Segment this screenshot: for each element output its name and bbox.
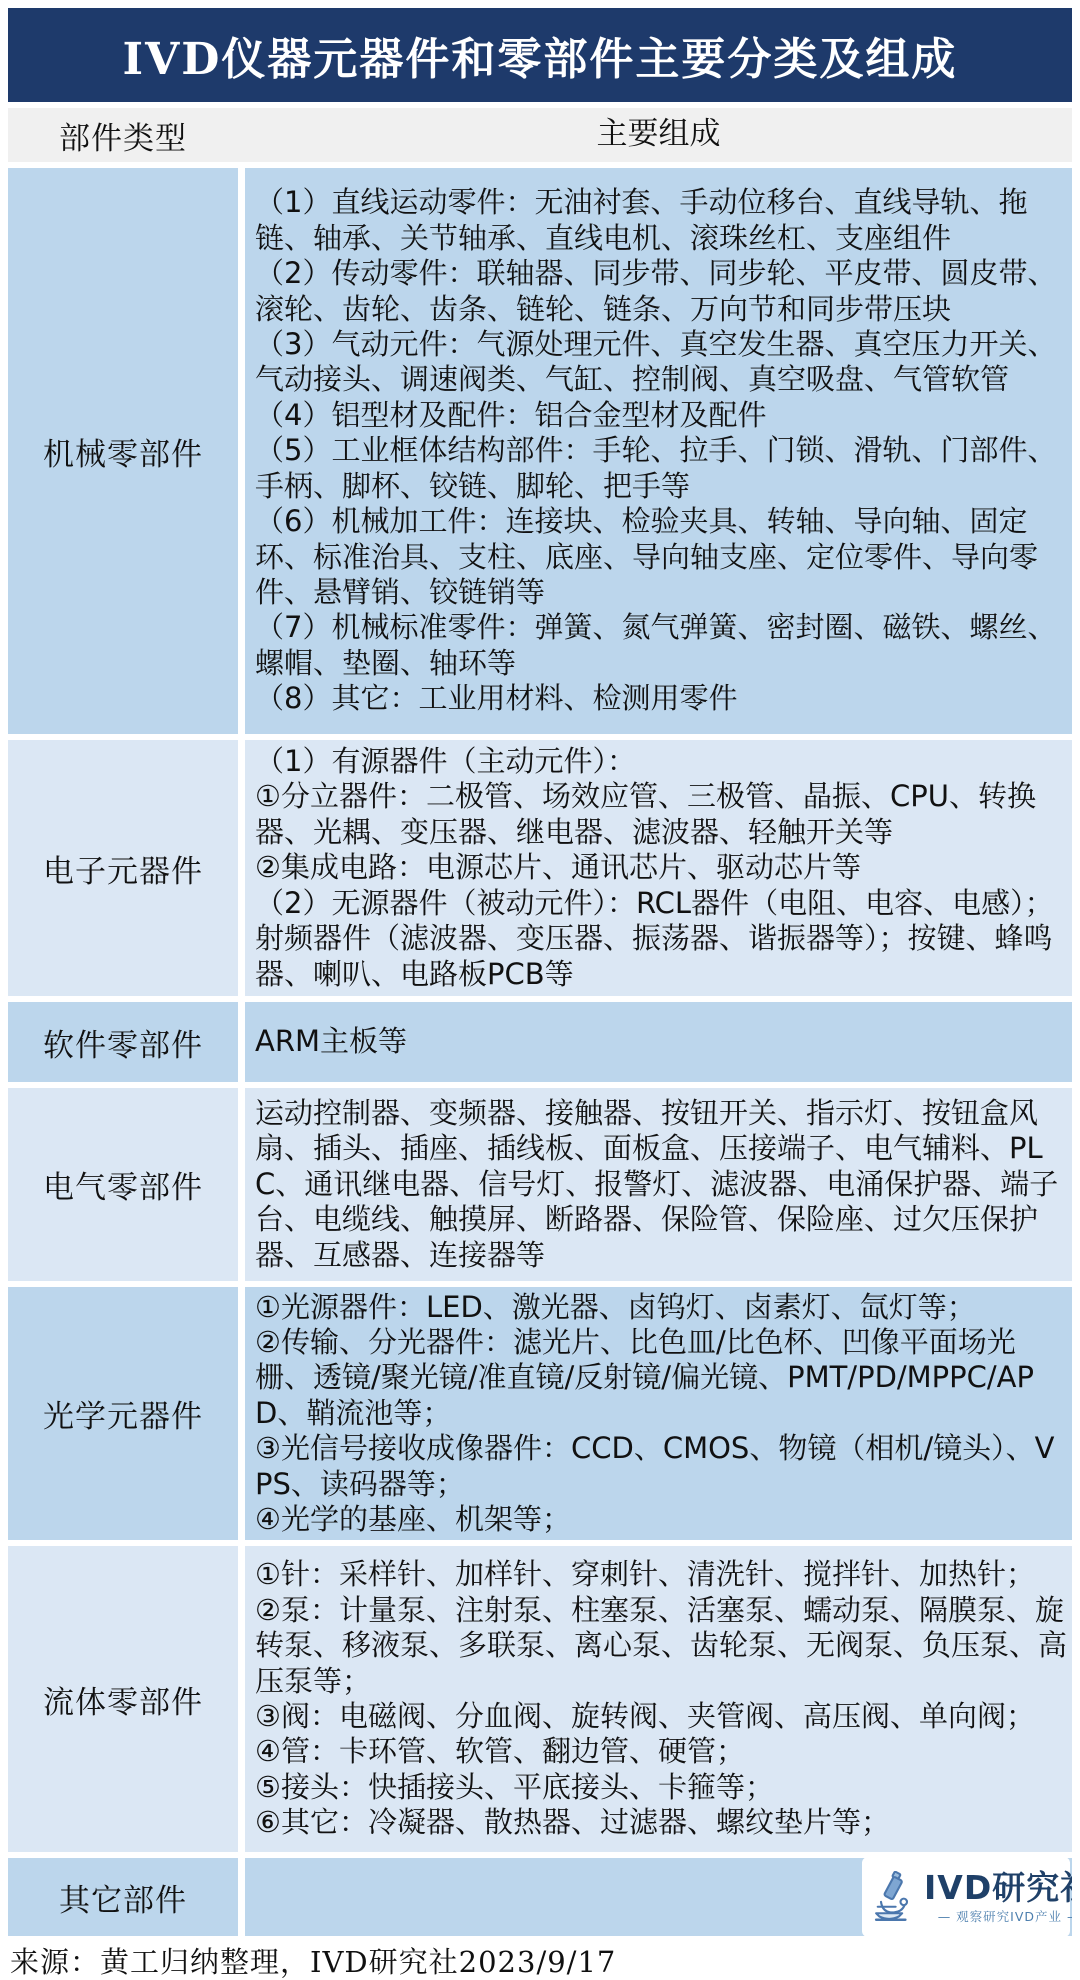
text-line: （2）传动零件：联轴器、同步带、同步轮、平皮带、圆皮带、滚轮、齿轮、齿条、链轮、…	[255, 256, 1068, 327]
source-note: 来源：黄工归纳整理，IVD研究社2023/9/17	[10, 1940, 1010, 1980]
text-line: ⑤接头：快插接头、平底接头、卡箍等；	[255, 1770, 1068, 1805]
text-line: ④光学的基座、机架等；	[255, 1502, 1068, 1537]
ivd-yanjiushe-logo: IVD研究社 — 观察研究IVD产业 —	[862, 1858, 1070, 1936]
row-label-mechanical: 机械零部件	[8, 168, 238, 734]
page-title: IVD仪器元器件和零部件主要分类及组成	[123, 23, 958, 87]
text-line: （4）铝型材及配件：铝合金型材及配件	[255, 398, 1068, 433]
text-line: ③阀：电磁阀、分血阀、旋转阀、夹管阀、高压阀、单向阀；	[255, 1699, 1068, 1734]
text-line: （5）工业框体结构部件：手轮、拉手、门锁、滑轨、门部件、手柄、脚杯、铰链、脚轮、…	[255, 433, 1068, 504]
row-content-electrical: 运动控制器、变频器、接触器、按钮开关、指示灯、按钮盒风扇、插头、插座、插线板、面…	[245, 1088, 1072, 1281]
text-line: ①分立器件：二极管、场效应管、三极管、晶振、CPU、转换器、光耦、变压器、继电器…	[255, 779, 1068, 850]
table-row: 软件零部件 ARM主板等	[8, 1002, 1072, 1082]
text-line: ③光信号接收成像器件：CCD、CMOS、物镜（相机/镜头）、VPS、读码器等；	[255, 1431, 1068, 1502]
text-line: ②集成电路：电源芯片、通讯芯片、驱动芯片等	[255, 850, 1068, 885]
text-line: （2）无源器件（被动元件）：RCL器件（电阻、电容、电感）；射频器件（滤波器、变…	[255, 886, 1068, 992]
logo-text: IVD研究社 — 观察研究IVD产业 —	[924, 1870, 1072, 1923]
row-label-other: 其它部件	[8, 1858, 238, 1936]
row-label-electrical: 电气零部件	[8, 1088, 238, 1281]
row-content-other: IVD研究社 — 观察研究IVD产业 —	[245, 1858, 1072, 1936]
table-row: 电气零部件 运动控制器、变频器、接触器、按钮开关、指示灯、按钮盒风扇、插头、插座…	[8, 1088, 1072, 1281]
table-row: 流体零部件 ①针：采样针、加样针、穿刺针、清洗针、搅拌针、加热针；②泵：计量泵、…	[8, 1546, 1072, 1852]
table-row: 光学元器件 ①光源器件：LED、激光器、卤钨灯、卤素灯、氙灯等；②传输、分光器件…	[8, 1287, 1072, 1540]
text-line: 运动控制器、变频器、接触器、按钮开关、指示灯、按钮盒风扇、插头、插座、插线板、面…	[255, 1096, 1068, 1273]
logo-name: IVD研究社	[924, 1870, 1072, 1906]
table-row: 机械零部件 （1）直线运动零件：无油衬套、手动位移台、直线导轨、拖链、轴承、关节…	[8, 168, 1072, 734]
row-label-electronic: 电子元器件	[8, 740, 238, 996]
infographic-page: IVD仪器元器件和零部件主要分类及组成 部件类型 主要组成 机械零部件 （1）直…	[0, 0, 1080, 1980]
row-content-fluid: ①针：采样针、加样针、穿刺针、清洗针、搅拌针、加热针；②泵：计量泵、注射泵、柱塞…	[245, 1546, 1072, 1852]
microscope-icon	[868, 1871, 920, 1923]
header-main-composition: 主要组成	[245, 108, 1072, 162]
table-row: 电子元器件 （1）有源器件（主动元件）：①分立器件：二极管、场效应管、三极管、晶…	[8, 740, 1072, 996]
text-line: ①光源器件：LED、激光器、卤钨灯、卤素灯、氙灯等；	[255, 1290, 1068, 1325]
text-line: ②泵：计量泵、注射泵、柱塞泵、活塞泵、蠕动泵、隔膜泵、旋转泵、移液泵、多联泵、离…	[255, 1593, 1068, 1699]
text-line: ARM主板等	[255, 1024, 1068, 1059]
text-line: （1）有源器件（主动元件）：	[255, 744, 1068, 779]
components-table: 部件类型 主要组成 机械零部件 （1）直线运动零件：无油衬套、手动位移台、直线导…	[8, 108, 1072, 1942]
row-label-software: 软件零部件	[8, 1002, 238, 1082]
row-label-optical: 光学元器件	[8, 1287, 238, 1540]
text-line: （1）直线运动零件：无油衬套、手动位移台、直线导轨、拖链、轴承、关节轴承、直线电…	[255, 185, 1068, 256]
text-line: （8）其它：工业用材料、检测用零件	[255, 681, 1068, 716]
text-line: （3）气动元件：气源处理元件、真空发生器、真空压力开关、气动接头、调速阀类、气缸…	[255, 327, 1068, 398]
table-header-row: 部件类型 主要组成	[8, 108, 1072, 162]
row-label-fluid: 流体零部件	[8, 1546, 238, 1852]
text-line: ②传输、分光器件：滤光片、比色皿/比色杯、凹像平面场光栅、透镜/聚光镜/准直镜/…	[255, 1325, 1068, 1431]
row-content-mechanical: （1）直线运动零件：无油衬套、手动位移台、直线导轨、拖链、轴承、关节轴承、直线电…	[245, 168, 1072, 734]
text-line: ④管：卡环管、软管、翻边管、硬管；	[255, 1734, 1068, 1769]
row-content-electronic: （1）有源器件（主动元件）：①分立器件：二极管、场效应管、三极管、晶振、CPU、…	[245, 740, 1072, 996]
logo-tagline: — 观察研究IVD产业 —	[938, 1910, 1072, 1924]
table-row: 其它部件	[8, 1858, 1072, 1936]
text-line: （7）机械标准零件：弹簧、氮气弹簧、密封圈、磁铁、螺丝、螺帽、垫圈、轴环等	[255, 610, 1068, 681]
title-bar: IVD仪器元器件和零部件主要分类及组成	[8, 8, 1072, 102]
row-content-optical: ①光源器件：LED、激光器、卤钨灯、卤素灯、氙灯等；②传输、分光器件：滤光片、比…	[245, 1287, 1072, 1540]
row-content-software: ARM主板等	[245, 1002, 1072, 1082]
header-part-type: 部件类型	[8, 108, 238, 162]
text-line: （6）机械加工件：连接块、检验夹具、转轴、导向轴、固定环、标准治具、支柱、底座、…	[255, 504, 1068, 610]
text-line: ①针：采样针、加样针、穿刺针、清洗针、搅拌针、加热针；	[255, 1557, 1068, 1592]
text-line: ⑥其它：冷凝器、散热器、过滤器、螺纹垫片等；	[255, 1805, 1068, 1840]
